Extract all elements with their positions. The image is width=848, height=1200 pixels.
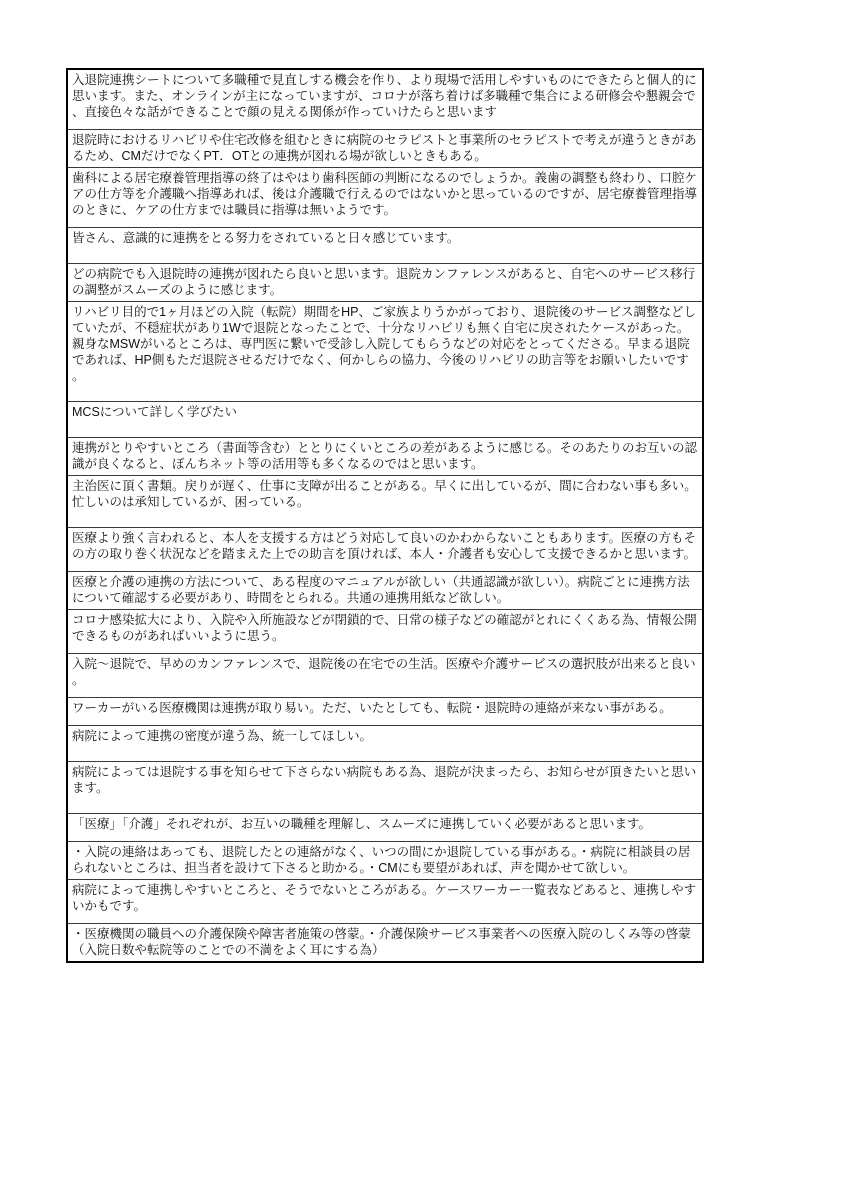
row-text: 医療より強く言われると、本人を支援する方はどう対応して良いのかわからないこともあ… [72, 531, 696, 561]
table-row: 皆さん、意識的に連携をとる努力をされていると日々感じています。 [68, 228, 702, 264]
table-row: ・入院の連絡はあっても、退院したとの連絡がなく、いつの間にか退院している事がある… [68, 842, 702, 880]
row-text: 主治医に頂く書類。戻りが遅く、仕事に支障が出ることがある。早くに出しているが、間… [72, 479, 697, 509]
survey-response-table: 入退院連携シートについて多職種で見直しする機会を作り、より現場で活用しやすいもの… [66, 68, 704, 963]
row-text: ・医療機関の職員への介護保険や障害者施策の啓蒙。・介護保険サービス事業者への医療… [72, 927, 691, 957]
row-text: 皆さん、意識的に連携をとる努力をされていると日々感じています。 [72, 231, 459, 245]
table-row: 連携がとりやすいところ（書面等含む）ととりにくいところの差があるように感じる。そ… [68, 438, 702, 476]
row-text: 病院によっては退院する事を知らせて下さらない病院もある為、退院が決まったら、お知… [72, 765, 696, 795]
row-text: 医療と介護の連携の方法について、ある程度のマニュアルが欲しい（共通認識が欲しい）… [72, 575, 690, 605]
row-text: 歯科による居宅療養管理指導の終了はやはり歯科医師の判断になるのでしょうか。義歯の… [72, 171, 697, 217]
row-text: どの病院でも入退院時の連携が図れたら良いと思います。退院カンファレンスがあると、… [72, 267, 695, 297]
table-row: 病院によって連携しやすいところと、そうでないところがある。ケースワーカー一覧表な… [68, 880, 702, 924]
table-row: リハビリ目的で1ヶ月ほどの入院（転院）期間をHP、ご家族よりうかがっており、退院… [68, 302, 702, 402]
table-row: どの病院でも入退院時の連携が図れたら良いと思います。退院カンファレンスがあると、… [68, 264, 702, 302]
table-row: 病院によっては退院する事を知らせて下さらない病院もある為、退院が決まったら、お知… [68, 762, 702, 814]
row-text: リハビリ目的で1ヶ月ほどの入院（転院）期間をHP、ご家族よりうかがっており、退院… [72, 305, 696, 383]
table-row: 医療より強く言われると、本人を支援する方はどう対応して良いのかわからないこともあ… [68, 528, 702, 572]
table-row: 入院～退院で、早めのカンファレンスで、退院後の在宅での生活。医療や介護サービスの… [68, 654, 702, 698]
table-row: ワーカーがいる医療機関は連携が取り易い。ただ、いたとしても、転院・退院時の連絡が… [68, 698, 702, 726]
table-row: 主治医に頂く書類。戻りが遅く、仕事に支障が出ることがある。早くに出しているが、間… [68, 476, 702, 528]
row-text: 退院時におけるリハビリや住宅改修を組むときに病院のセラピストと事業所のセラピスト… [72, 133, 697, 163]
row-text: ・入院の連絡はあっても、退院したとの連絡がなく、いつの間にか退院している事がある… [72, 845, 690, 875]
table-row: MCSについて詳しく学びたい [68, 402, 702, 438]
row-text: 「医療」「介護」それぞれが、お互いの職種を理解し、スムーズに連携していく必要があ… [72, 817, 651, 831]
document-page: 入退院連携シートについて多職種で見直しする機会を作り、より現場で活用しやすいもの… [0, 0, 848, 1200]
table-row: ・医療機関の職員への介護保険や障害者施策の啓蒙。・介護保険サービス事業者への医療… [68, 924, 702, 961]
row-text: 入院～退院で、早めのカンファレンスで、退院後の在宅での生活。医療や介護サービスの… [72, 657, 696, 687]
row-text: 病院によって連携の密度が違う為、統一してほしい。 [72, 729, 372, 743]
table-row: 病院によって連携の密度が違う為、統一してほしい。 [68, 726, 702, 762]
row-text: コロナ感染拡大により、入院や入所施設などが閉鎖的で、日常の様子などの確認がとれに… [72, 613, 697, 643]
table-row: 退院時におけるリハビリや住宅改修を組むときに病院のセラピストと事業所のセラピスト… [68, 130, 702, 168]
table-row: 入退院連携シートについて多職種で見直しする機会を作り、より現場で活用しやすいもの… [68, 70, 702, 130]
table-row: コロナ感染拡大により、入院や入所施設などが閉鎖的で、日常の様子などの確認がとれに… [68, 610, 702, 654]
row-text: 入退院連携シートについて多職種で見直しする機会を作り、より現場で活用しやすいもの… [72, 73, 697, 119]
row-text: 連携がとりやすいところ（書面等含む）ととりにくいところの差があるように感じる。そ… [72, 441, 697, 471]
row-text: MCSについて詳しく学びたい [72, 405, 237, 419]
table-row: 歯科による居宅療養管理指導の終了はやはり歯科医師の判断になるのでしょうか。義歯の… [68, 168, 702, 228]
table-row: 医療と介護の連携の方法について、ある程度のマニュアルが欲しい（共通認識が欲しい）… [68, 572, 702, 610]
row-text: ワーカーがいる医療機関は連携が取り易い。ただ、いたとしても、転院・退院時の連絡が… [72, 701, 672, 715]
row-text: 病院によって連携しやすいところと、そうでないところがある。ケースワーカー一覧表な… [72, 883, 696, 913]
table-row: 「医療」「介護」それぞれが、お互いの職種を理解し、スムーズに連携していく必要があ… [68, 814, 702, 842]
